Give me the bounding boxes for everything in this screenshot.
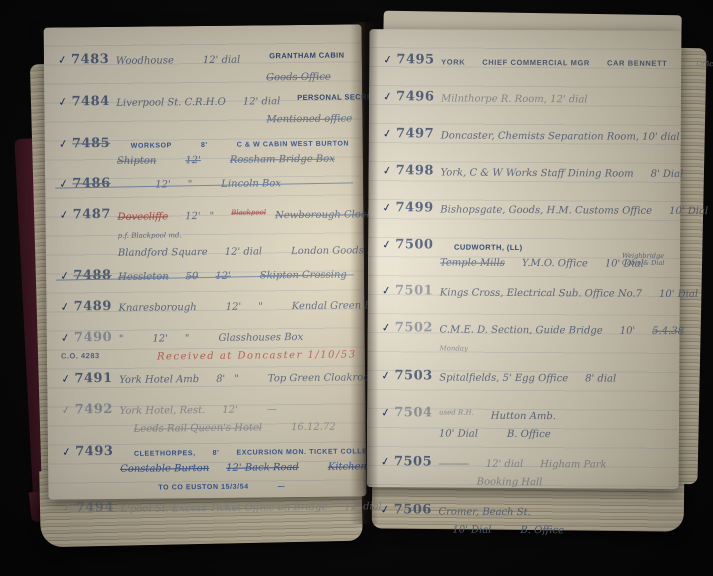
entry-number-column: ✓7484	[58, 95, 116, 129]
entry-line: Blandford Square12' dialLondon Goods Rec…	[118, 242, 356, 259]
entry-number: 7484	[71, 95, 109, 108]
entry-line: YORKCHIEF COMMERCIAL MGRCAR BENNETTOffic…	[441, 53, 673, 69]
ledger-entry: ✓7494L'pool St. Excess Ticket Office on …	[63, 498, 359, 523]
text-part: Lincoln Box	[221, 178, 281, 190]
entry-number: 7504	[394, 406, 432, 419]
text-part: 12'	[155, 179, 171, 190]
tick-icon: ✓	[57, 95, 68, 109]
entry-number-column: ✓7483	[58, 53, 116, 87]
text-part: York Hotel Amb	[119, 374, 199, 386]
text-part: C.M.E. D. Section, Guide Bridge	[440, 324, 603, 336]
text-part: Doncaster, Chemists Separation Room, 10'…	[441, 130, 680, 142]
entry-number: 7488	[73, 269, 111, 282]
entry-line: Booking Hall	[439, 473, 671, 489]
text-part: York Hotel, Rest.	[120, 405, 206, 417]
ledger-entry: ✓748612'"Lincoln Box	[59, 174, 355, 199]
entry-line: Woodhouse12' dialGrantham Cabin	[116, 50, 354, 67]
tick-icon: ✓	[59, 300, 70, 314]
entry-number-column: ✓7501	[382, 284, 440, 306]
entry-line: Leeds Rail Queen's Hotel16.12.72	[120, 418, 358, 435]
text-part: Goods Office	[266, 72, 331, 84]
entry-lines: C.M.E. D. Section, Guide Bridge10'5.4.38…	[439, 321, 671, 355]
tick-icon: ✓	[382, 126, 393, 140]
text-part: 5.4.38	[652, 326, 684, 337]
entries-right: ✓7495YORKCHIEF COMMERCIAL MGRCAR BENNETT…	[366, 29, 681, 538]
text-part: 10'	[620, 326, 636, 337]
tick-icon: ✓	[59, 269, 70, 283]
entry-line: "12'"Glasshouses Box	[119, 328, 357, 345]
entry-line: Goods Office	[116, 68, 354, 85]
text-part: CLEETHORPES,	[134, 450, 196, 458]
entry-line: Milnthorpe R. Room, 12' dial	[441, 90, 673, 106]
text-part: 12' dial	[203, 55, 241, 66]
entry-number-column: ✓7504	[381, 406, 439, 440]
entry-number-column: ✓7503	[381, 369, 439, 391]
text-part: Milnthorpe R. Room, 12' dial	[441, 93, 588, 105]
entry-subnumber: C.O. 4283	[61, 351, 119, 361]
text-part: ———	[439, 458, 469, 469]
entry-line: CLEETHORPES,8'EXCURSION MON. TICKET COLL…	[120, 442, 358, 457]
text-part: Received at Doncaster 1/10/53	[157, 349, 357, 362]
ledger-entry: ✓7504used R.H.Hutton Amb.10' DialB. Offi…	[381, 406, 671, 442]
tick-icon: ✓	[60, 372, 71, 386]
text-part: York, C & W Works Staff Dining Room	[440, 167, 633, 179]
ledger-entry: ✓7493CLEETHORPES,8'EXCURSION MON. TICKET…	[62, 442, 358, 492]
entry-line: used R.H.Hutton Amb.	[439, 406, 671, 423]
entry-line: Bishopsgate, Goods, H.M. Customs Office1…	[440, 201, 672, 217]
text-part: CHIEF COMMERCIAL MGR	[482, 58, 590, 68]
text-part: p.f. Blackpool md.	[118, 231, 182, 240]
entry-lines: Knaresborough12'"Kendal Green Box	[118, 297, 356, 321]
entry-lines: Milnthorpe R. Room, 12' dial	[441, 90, 673, 113]
entry-number: 7492	[75, 403, 113, 416]
ledger-entry: ✓7502C.M.E. D. Section, Guide Bridge10'5…	[381, 321, 671, 356]
entry-lines: York, C & W Works Staff Dining Room8' Di…	[440, 164, 672, 187]
entry-line: Kings Cross, Electrical Sub. Office No.7…	[440, 284, 672, 300]
entry-line: Received at Doncaster 1/10/53	[119, 346, 357, 362]
entry-number: 7495	[396, 53, 434, 66]
entry-lines: Woodhouse12' dialGrantham CabinGoods Off…	[116, 50, 354, 85]
text-part: 10' Dial	[659, 289, 698, 300]
entry-number: 7505	[394, 455, 432, 468]
entry-line: Spitalfields, 5' Egg Office8' dial	[439, 369, 671, 385]
entry-line: 10' DialB. Office	[439, 425, 671, 441]
text-part: CUDWORTH, (LL)	[454, 243, 523, 252]
entry-number-column: ✓7485	[59, 137, 117, 169]
text-part: 12'	[226, 302, 242, 313]
tick-icon: ✓	[58, 177, 69, 191]
entry-number-column: ✓7505	[381, 455, 439, 488]
text-part: Leeds Rail Queen's Hotel	[134, 422, 262, 434]
entry-number: 7501	[395, 284, 433, 297]
text-part: 8'	[201, 142, 208, 149]
ledger-entry: ✓7488Hessleton5012'Skipton Crossing	[60, 266, 356, 291]
entry-line: Temple MillsY.M.O. Office10' DialWeighbr…	[440, 254, 672, 270]
entry-number-column: ✓7491	[61, 372, 119, 395]
book-gutter-shadow	[350, 22, 380, 524]
text-part: Glasshouses Box	[218, 332, 303, 344]
text-part: Rossham Bridge Box	[230, 154, 335, 166]
tick-icon: ✓	[60, 403, 71, 417]
entry-number-column: ✓7494	[63, 501, 121, 524]
entry-number-column: ✓7489	[60, 300, 118, 323]
text-part: Blackpool	[231, 208, 266, 216]
entry-number-column: ✓7490C.O. 4283	[61, 331, 119, 364]
entry-lines: Kings Cross, Electrical Sub. Office No.7…	[440, 284, 672, 307]
ledger-entry: ✓7497Doncaster, Chemists Separation Room…	[383, 127, 673, 151]
text-part: B. Office	[507, 429, 551, 440]
entry-line: Dovecliffe12'"BlackpoolNewborough Clock …	[117, 205, 355, 223]
text-part: 12' Back Road	[226, 462, 299, 474]
text-part: Kings Cross, Electrical Sub. Office No.7	[440, 287, 642, 299]
ledger-page-right: ✓7495YORKCHIEF COMMERCIAL MGRCAR BENNETT…	[367, 29, 682, 489]
text-part: Grantham Cabin	[269, 51, 344, 61]
tick-icon: ✓	[381, 283, 392, 297]
entry-line: C.M.E. D. Section, Guide Bridge10'5.4.38	[440, 321, 672, 337]
text-part: 8'	[213, 450, 220, 457]
entry-lines: Dovecliffe12'"BlackpoolNewborough Clock …	[117, 205, 356, 259]
text-part: 12' dial	[225, 246, 263, 257]
text-part: Cromer, Beach St.	[438, 506, 530, 518]
tick-icon: ✓	[381, 237, 392, 251]
text-part: Shipton	[117, 156, 156, 167]
tick-icon: ✓	[381, 200, 392, 214]
entry-number: 7503	[394, 369, 432, 382]
text-part: used R.H.	[439, 408, 474, 416]
text-part: "	[258, 301, 263, 312]
entry-lines: YORKCHIEF COMMERCIAL MGRCAR BENNETTOffic…	[441, 53, 673, 76]
entry-lines: L'pool St. Excess Ticket Office on Bridg…	[120, 498, 358, 522]
entry-number: 7498	[396, 164, 434, 177]
ledger-entry: ✓7490C.O. 4283"12'"Glasshouses BoxReceiv…	[61, 328, 357, 363]
entry-line: York Hotel, Rest.12'—	[119, 400, 357, 417]
entries-left: ✓7483Woodhouse12' dialGrantham CabinGood…	[44, 24, 367, 523]
text-part: 12'	[222, 405, 238, 416]
tick-icon: ✓	[380, 405, 391, 419]
entry-number-column: ✓7502	[381, 321, 439, 354]
entry-line: Doncaster, Chemists Separation Room, 10'…	[441, 127, 673, 143]
entry-number: 7493	[75, 445, 113, 458]
text-part: "	[188, 179, 193, 190]
ledger-entry: ✓7501Kings Cross, Electrical Sub. Office…	[382, 284, 672, 308]
entry-number-column: ✓7492	[61, 403, 119, 437]
text-part: 12'	[185, 211, 201, 222]
ledger-entry: ✓7503Spitalfields, 5' Egg Office8' dial	[381, 369, 671, 393]
text-part: Liverpool St. C.R.H.O	[116, 97, 226, 109]
ledger-entry: ✓7489Knaresborough12'"Kendal Green Box	[60, 297, 356, 322]
entry-number: 7497	[396, 127, 434, 140]
entry-lines: "12'"Glasshouses BoxReceived at Doncaste…	[119, 328, 357, 362]
entry-lines: Spitalfields, 5' Egg Office8' dial	[439, 369, 671, 392]
entry-number-column: ✓7495	[383, 53, 441, 75]
text-part: Woodhouse	[116, 55, 174, 67]
text-part: WORKSOP	[131, 142, 172, 149]
text-part: Temple Mills	[440, 257, 505, 268]
tick-icon: ✓	[60, 331, 71, 345]
entry-line: L'pool St. Excess Ticket Office on Bridg…	[120, 498, 358, 515]
ledger-entry: ✓7484Liverpool St. C.R.H.O12' dialPerson…	[58, 92, 354, 128]
entry-number: 7485	[72, 137, 110, 150]
text-part: Booking Hall	[477, 477, 543, 488]
text-part: TO CO EUSTON 15/3/54	[158, 484, 248, 492]
entry-number-column: ✓7493	[62, 445, 120, 493]
text-part: Spitalfields, 5' Egg Office	[439, 372, 568, 384]
tick-icon: ✓	[380, 368, 391, 382]
text-part: 12'	[215, 271, 231, 282]
text-part: Hessleton	[118, 271, 169, 283]
text-part: 8' dial	[585, 373, 616, 384]
entry-line: 10' DialB. Office	[438, 521, 670, 537]
ledger-entry: ✓7485WORKSOP8'C & W CABIN WEST BURTONShi…	[59, 134, 355, 168]
ledger-entry: ✓7500CUDWORTH, (LL)Temple MillsY.M.O. Of…	[382, 238, 672, 271]
entry-lines: Bishopsgate, Goods, H.M. Customs Office1…	[440, 201, 672, 224]
entry-number: 7490	[74, 331, 112, 344]
ledger-entry: ✓7506Cromer, Beach St.10' DialB. Office	[380, 503, 670, 538]
entry-line: Hessleton5012'Skipton Crossing	[118, 266, 356, 283]
tick-icon: ✓	[61, 501, 72, 515]
photo-backdrop: ✓7483Woodhouse12' dialGrantham CabinGood…	[0, 0, 713, 576]
entry-line: WORKSOP8'C & W CABIN WEST BURTON	[117, 134, 355, 149]
text-part: Dovecliffe	[117, 211, 168, 223]
entry-number: 7499	[395, 201, 433, 214]
text-part: 10' Dial	[439, 428, 478, 439]
text-part: B. Office	[520, 525, 564, 536]
entry-line: York, C & W Works Staff Dining Room8' Di…	[440, 164, 672, 180]
entry-number: 7491	[74, 372, 112, 385]
entry-lines: Doncaster, Chemists Separation Room, 10'…	[441, 127, 673, 150]
text-part: "	[185, 333, 190, 344]
ledger-entry: ✓7483Woodhouse12' dialGrantham CabinGood…	[58, 50, 354, 86]
entry-number: 7502	[395, 321, 433, 334]
tick-icon: ✓	[382, 163, 393, 177]
text-part: 12' dial	[243, 96, 281, 107]
entry-line: Mentioned office	[116, 110, 354, 127]
entry-lines: Liverpool St. C.R.H.O12' dialPersonal Se…	[116, 92, 354, 127]
entry-number: 7483	[71, 53, 109, 66]
ledger-entry: ✓7498York, C & W Works Staff Dining Room…	[382, 164, 672, 188]
entry-lines: CLEETHORPES,8'EXCURSION MON. TICKET COLL…	[120, 442, 358, 491]
tick-icon: ✓	[61, 445, 72, 459]
entry-number: 7506	[394, 503, 432, 516]
entry-lines: 12'"Lincoln Box	[117, 174, 355, 198]
entry-number-column: ✓7497	[383, 127, 441, 149]
text-part: Constable Burton	[120, 463, 209, 475]
text-part: "	[234, 374, 239, 385]
text-part: Bishopsgate, Goods, H.M. Customs Office	[440, 204, 652, 216]
text-part: 12' dial	[486, 459, 523, 470]
entry-lines: York Hotel Amb8'"Top Green Cloakrooms	[119, 369, 357, 393]
text-part: —	[267, 404, 277, 415]
text-part: Hutton Amb.	[491, 411, 556, 422]
text-part: Blandford Square	[118, 247, 208, 259]
tick-icon: ✓	[381, 320, 392, 334]
entry-lines: CUDWORTH, (LL)Temple MillsY.M.O. Office1…	[440, 238, 672, 270]
tick-icon: ✓	[382, 52, 393, 66]
entry-line: p.f. Blackpool md.	[118, 224, 356, 241]
text-part: Office	[696, 60, 713, 68]
text-part: 16.12.72	[291, 422, 336, 433]
text-part: C & W CABIN WEST BURTON	[237, 140, 350, 148]
ledger-entry: ✓7495YORKCHIEF COMMERCIAL MGRCAR BENNETT…	[383, 53, 673, 77]
text-part: YORK	[441, 57, 465, 66]
text-part: Y.M.O. Office	[522, 258, 588, 269]
text-part: "	[119, 334, 124, 345]
entry-number-column: ✓7498	[382, 164, 440, 186]
entry-number: 7500	[395, 238, 433, 251]
entry-lines: Cromer, Beach St.10' DialB. Office	[438, 503, 670, 537]
entry-line: 12'"Lincoln Box	[117, 174, 355, 191]
entry-line: Shipton12'Rossham Bridge Box	[117, 150, 355, 167]
text-part: 12'	[185, 155, 201, 166]
text-part: 8'	[216, 374, 225, 385]
entry-line: Liverpool St. C.R.H.O12' dialPersonal Se…	[116, 92, 354, 109]
ledger-entry: ✓7492York Hotel, Rest.12'—Leeds Rail Que…	[61, 400, 357, 436]
text-part: Monday	[439, 344, 468, 352]
text-part: "	[210, 211, 215, 222]
entry-lines: York Hotel, Rest.12'—Leeds Rail Queen's …	[119, 400, 357, 435]
tick-icon: ✓	[380, 454, 391, 468]
entry-line: TO CO EUSTON 15/3/54—	[120, 476, 358, 491]
ledger-entry: ✓7491York Hotel Amb8'"Top Green Cloakroo…	[61, 369, 357, 394]
text-part: Skipton Crossing	[260, 270, 347, 282]
ledger-entry: ✓7505———12' dialHigham ParkBooking Hall	[381, 455, 671, 490]
ledger-entry: ✓7487Dovecliffe12'"BlackpoolNewborough C…	[59, 205, 356, 260]
entry-number-column: ✓7500	[382, 238, 440, 269]
entry-number: 7489	[74, 300, 112, 313]
tick-icon: ✓	[58, 208, 69, 222]
entry-number: 7494	[76, 501, 114, 514]
entry-line: Knaresborough12'"Kendal Green Box	[118, 297, 356, 314]
text-part: Knaresborough	[118, 302, 196, 314]
entry-line: Constable Burton12' Back RoadKitchen	[120, 458, 358, 475]
entry-line: Monday	[439, 339, 671, 355]
text-part: 12'	[152, 333, 168, 344]
entry-number: 7486	[72, 177, 110, 190]
ledger-page-left: ✓7483Woodhouse12' dialGrantham CabinGood…	[44, 24, 367, 499]
text-part: 10' Dial	[669, 206, 708, 217]
text-part: L'pool St. Excess Ticket Office on Bridg…	[121, 502, 328, 515]
entry-lines: used R.H.Hutton Amb.10' DialB. Office	[439, 406, 671, 441]
entry-number-column: ✓7488	[60, 269, 118, 292]
text-part: —	[278, 483, 286, 490]
entry-number-column: ✓7506	[380, 503, 438, 536]
entry-lines: ———12' dialHigham ParkBooking Hall	[439, 455, 671, 489]
tick-icon: ✓	[382, 89, 393, 103]
tick-icon: ✓	[57, 53, 68, 67]
ledger-entry: ✓7496Milnthorpe R. Room, 12' dial	[383, 90, 673, 114]
entry-line: Cromer, Beach St.	[438, 503, 670, 519]
text-part: Weighbridge Cabin & Dial	[622, 253, 674, 267]
text-part: 50	[186, 271, 199, 282]
text-part: CAR BENNETT	[607, 59, 667, 68]
entry-lines: Hessleton5012'Skipton Crossing	[118, 266, 356, 290]
text-part: Higham Park	[540, 459, 607, 470]
entry-number-column: ✓7486	[59, 177, 117, 200]
entry-number-column: ✓7487	[59, 208, 118, 261]
entry-number-column: ✓7499	[382, 201, 440, 223]
entry-number-column: ✓7496	[383, 90, 441, 112]
text-part: 8' Dial	[651, 169, 684, 180]
ledger-entry: ✓7499Bishopsgate, Goods, H.M. Customs Of…	[382, 201, 672, 225]
tick-icon: ✓	[379, 502, 390, 516]
tick-icon: ✓	[58, 137, 69, 151]
entry-number: 7496	[396, 90, 434, 103]
entry-number: 7487	[73, 208, 111, 221]
entry-line: York Hotel Amb8'"Top Green Cloakrooms	[119, 369, 357, 386]
text-part: Mentioned office	[266, 113, 352, 125]
entry-line: ———12' dialHigham Park	[439, 455, 671, 471]
text-part: 10' Dial	[452, 525, 491, 536]
entry-lines: WORKSOP8'C & W CABIN WEST BURTONShipton1…	[117, 134, 355, 167]
